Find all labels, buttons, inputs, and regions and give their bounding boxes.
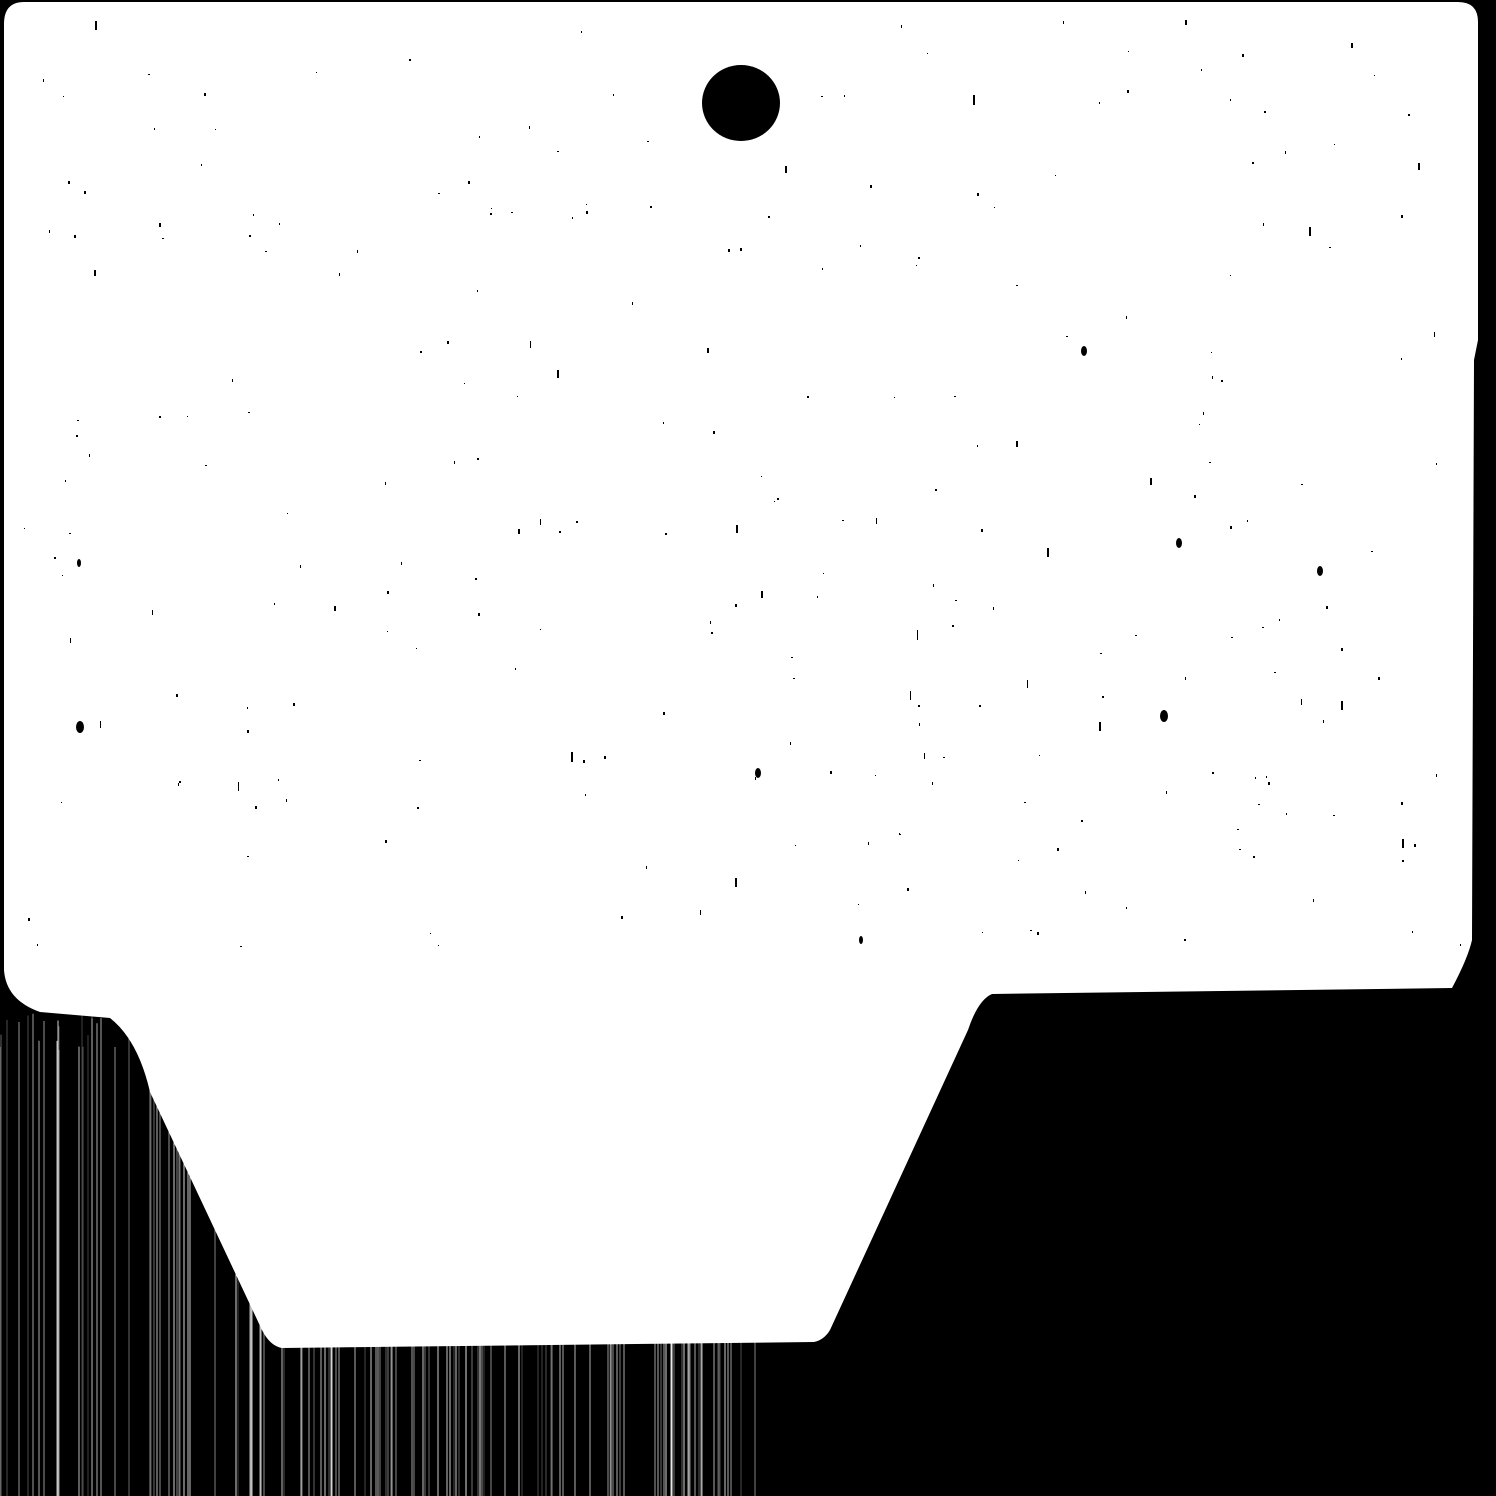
segmentation-mask bbox=[0, 0, 1496, 1496]
punched-hole bbox=[702, 65, 780, 141]
